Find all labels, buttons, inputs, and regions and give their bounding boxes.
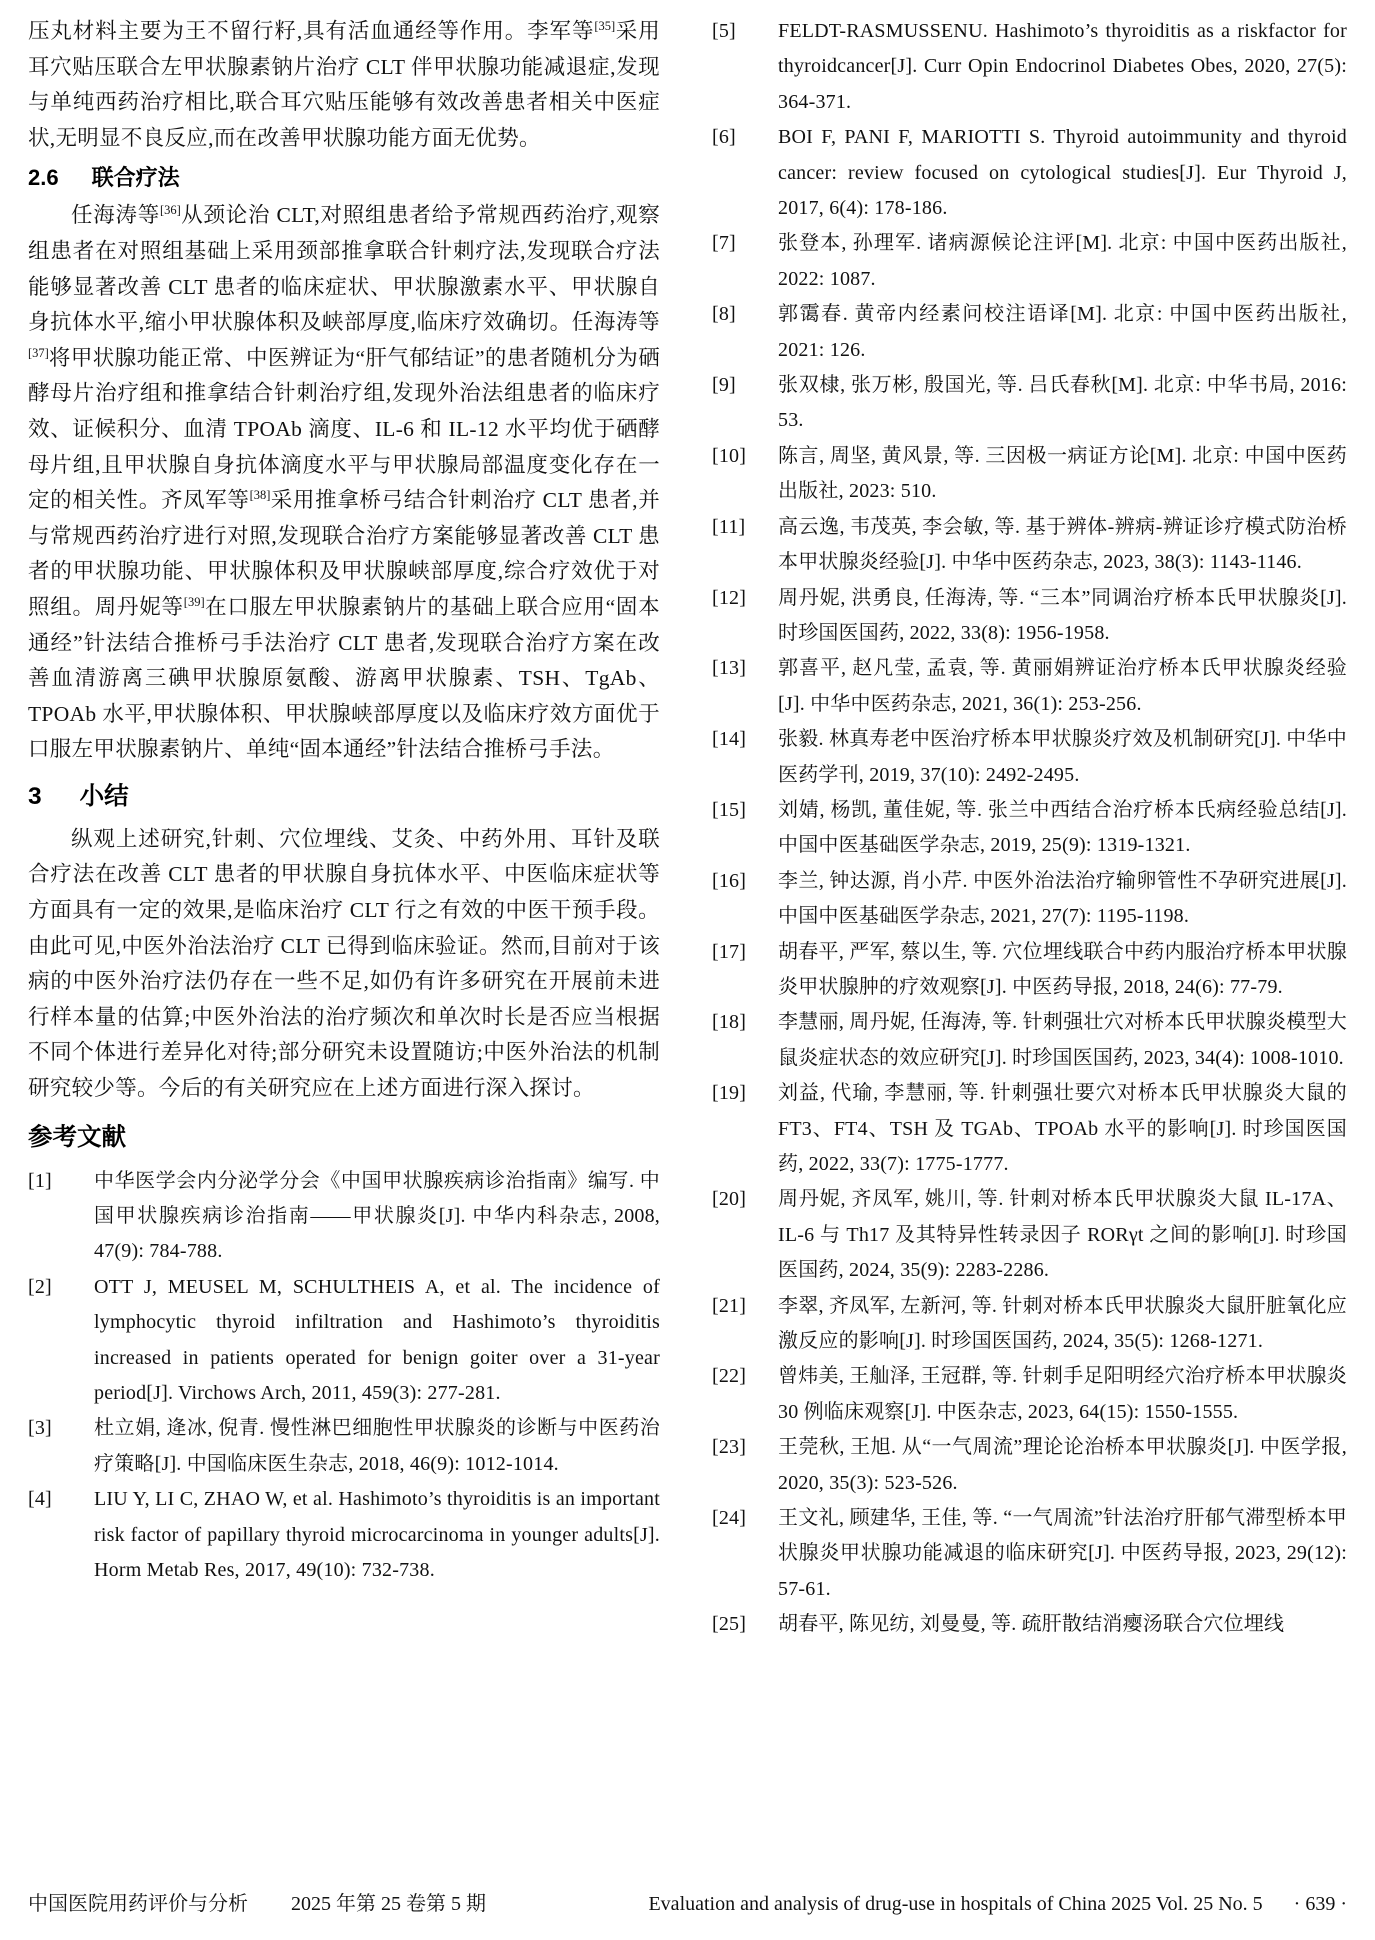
reference-item: [20]周丹妮, 齐凤军, 姚川, 等. 针刺对桥本氏甲状腺炎大鼠 IL-17A… — [712, 1182, 1347, 1288]
reference-text: 郭霭春. 黄帝内经素问校注语译[M]. 北京: 中国中医药出版社, 2021: … — [778, 303, 1347, 360]
reference-text: 周丹妮, 洪勇良, 任海涛, 等. “三本”同调治疗桥本氏甲状腺炎[J]. 时珍… — [778, 587, 1347, 644]
reference-number: [2] — [28, 1270, 52, 1305]
footer-page-number: · 639 · — [1294, 1893, 1347, 1915]
reference-text: LIU Y, LI C, ZHAO W, et al. Hashimoto’s … — [94, 1488, 660, 1581]
section-title: 联合疗法 — [92, 165, 180, 190]
section-number: 3 — [28, 780, 42, 813]
footer-journal-en: Evaluation and analysis of drug-use in h… — [648, 1893, 1262, 1915]
reference-text: 李兰, 钟达源, 肖小芹. 中医外治法治疗输卵管性不孕研究进展[J]. 中国中医… — [778, 870, 1347, 927]
reference-item: [25]胡春平, 陈见纺, 刘曼曼, 等. 疏肝散结消瘿汤联合穴位埋线 — [712, 1607, 1347, 1642]
reference-number: [3] — [28, 1411, 52, 1446]
left-column: 压丸材料主要为王不留行籽,具有活血通经等作用。李军等[35]采用耳穴贴压联合左甲… — [28, 14, 660, 1643]
citation-superscript: [36] — [160, 203, 181, 217]
reference-text: 张毅. 林真寿老中医治疗桥本甲状腺炎疗效及机制研究[J]. 中华中医药学刊, 2… — [778, 728, 1347, 785]
reference-number: [12] — [712, 581, 746, 616]
section-heading-3: 3小结 — [28, 780, 660, 813]
reference-item: [24]王文礼, 顾建华, 王佳, 等. “一气周流”针法治疗肝郁气滞型桥本甲状… — [712, 1501, 1347, 1607]
reference-text: 刘婧, 杨凯, 董佳妮, 等. 张兰中西结合治疗桥本氏病经验总结[J]. 中国中… — [778, 799, 1347, 856]
reference-text: 陈言, 周坚, 黄风景, 等. 三因极一病证方论[M]. 北京: 中国中医药出版… — [778, 445, 1347, 502]
footer-left: 中国医院用药评价与分析 2025 年第 25 卷第 5 期 — [28, 1890, 486, 1918]
reference-item: [8]郭霭春. 黄帝内经素问校注语译[M]. 北京: 中国中医药出版社, 202… — [712, 297, 1347, 368]
reference-number: [10] — [712, 439, 746, 474]
reference-item: [21]李翠, 齐凤军, 左新河, 等. 针刺对桥本氏甲状腺炎大鼠肝脏氧化应激反… — [712, 1289, 1347, 1360]
citation-superscript: [39] — [184, 595, 205, 609]
reference-number: [17] — [712, 935, 746, 970]
reference-number: [19] — [712, 1076, 746, 1111]
reference-text: OTT J, MEUSEL M, SCHULTHEIS A, et al. Th… — [94, 1276, 660, 1404]
page: 压丸材料主要为王不留行籽,具有活血通经等作用。李军等[35]采用耳穴贴压联合左甲… — [0, 0, 1375, 1940]
reference-text: 曾炜美, 王舢泽, 王冠群, 等. 针刺手足阳明经穴治疗桥本甲状腺炎 30 例临… — [778, 1365, 1347, 1422]
reference-number: [16] — [712, 864, 746, 899]
reference-text: 张双棣, 张万彬, 殷国光, 等. 吕氏春秋[M]. 北京: 中华书局, 201… — [778, 374, 1347, 431]
reference-number: [1] — [28, 1164, 52, 1199]
reference-item: [1]中华医学会内分泌学分会《中国甲状腺疾病诊治指南》编写. 中国甲状腺疾病诊治… — [28, 1164, 660, 1270]
reference-item: [17]胡春平, 严军, 蔡以生, 等. 穴位埋线联合中药内服治疗桥本甲状腺炎甲… — [712, 935, 1347, 1006]
reference-text: FELDT-RASMUSSENU. Hashimoto’s thyroiditi… — [778, 20, 1347, 113]
reference-item: [4]LIU Y, LI C, ZHAO W, et al. Hashimoto… — [28, 1482, 660, 1588]
reference-item: [7]张登本, 孙理军. 诸病源候论注评[M]. 北京: 中国中医药出版社, 2… — [712, 226, 1347, 297]
reference-item: [18]李慧丽, 周丹妮, 任海涛, 等. 针刺强壮穴对桥本氏甲状腺炎模型大鼠炎… — [712, 1005, 1347, 1076]
reference-item: [23]王莞秋, 王旭. 从“一气周流”理论论治桥本甲状腺炎[J]. 中医学报,… — [712, 1430, 1347, 1501]
reference-number: [8] — [712, 297, 736, 332]
reference-number: [20] — [712, 1182, 746, 1217]
reference-number: [18] — [712, 1005, 746, 1040]
references-list-right: [5]FELDT-RASMUSSENU. Hashimoto’s thyroid… — [712, 14, 1347, 1643]
reference-number: [15] — [712, 793, 746, 828]
reference-text: 中华医学会内分泌学分会《中国甲状腺疾病诊治指南》编写. 中国甲状腺疾病诊治指南—… — [94, 1170, 660, 1263]
reference-item: [19]刘益, 代瑜, 李慧丽, 等. 针刺强壮要穴对桥本氏甲状腺炎大鼠的 FT… — [712, 1076, 1347, 1182]
reference-number: [23] — [712, 1430, 746, 1465]
reference-item: [10]陈言, 周坚, 黄风景, 等. 三因极一病证方论[M]. 北京: 中国中… — [712, 439, 1347, 510]
reference-text: 郭喜平, 赵凡莹, 孟袁, 等. 黄丽娟辨证治疗桥本氏甲状腺炎经验[J]. 中华… — [778, 657, 1347, 714]
reference-item: [3]杜立娟, 逄冰, 倪青. 慢性淋巴细胞性甲状腺炎的诊断与中医药治疗策略[J… — [28, 1411, 660, 1482]
reference-number: [25] — [712, 1607, 746, 1642]
reference-text: 刘益, 代瑜, 李慧丽, 等. 针刺强壮要穴对桥本氏甲状腺炎大鼠的 FT3、FT… — [778, 1082, 1347, 1175]
reference-text: 张登本, 孙理军. 诸病源候论注评[M]. 北京: 中国中医药出版社, 2022… — [778, 232, 1347, 289]
reference-item: [2]OTT J, MEUSEL M, SCHULTHEIS A, et al.… — [28, 1270, 660, 1412]
reference-item: [12]周丹妮, 洪勇良, 任海涛, 等. “三本”同调治疗桥本氏甲状腺炎[J]… — [712, 581, 1347, 652]
section-title: 小结 — [80, 783, 129, 810]
reference-number: [5] — [712, 14, 736, 49]
reference-number: [24] — [712, 1501, 746, 1536]
reference-number: [6] — [712, 120, 736, 155]
references-list-left: [1]中华医学会内分泌学分会《中国甲状腺疾病诊治指南》编写. 中国甲状腺疾病诊治… — [28, 1164, 660, 1589]
reference-text: 王莞秋, 王旭. 从“一气周流”理论论治桥本甲状腺炎[J]. 中医学报, 202… — [778, 1436, 1347, 1493]
continued-paragraph: 压丸材料主要为王不留行籽,具有活血通经等作用。李军等[35]采用耳穴贴压联合左甲… — [28, 14, 660, 156]
reference-number: [7] — [712, 226, 736, 261]
reference-text: BOI F, PANI F, MARIOTTI S. Thyroid autoi… — [778, 126, 1347, 219]
reference-number: [22] — [712, 1359, 746, 1394]
reference-text: 胡春平, 严军, 蔡以生, 等. 穴位埋线联合中药内服治疗桥本甲状腺炎甲状腺肿的… — [778, 941, 1347, 998]
section-3-paragraph: 纵观上述研究,针刺、穴位埋线、艾灸、中药外用、耳针及联合疗法在改善 CLT 患者… — [28, 822, 660, 1107]
reference-number: [9] — [712, 368, 736, 403]
reference-item: [15]刘婧, 杨凯, 董佳妮, 等. 张兰中西结合治疗桥本氏病经验总结[J].… — [712, 793, 1347, 864]
right-column: [5]FELDT-RASMUSSENU. Hashimoto’s thyroid… — [712, 14, 1347, 1643]
reference-number: [14] — [712, 722, 746, 757]
reference-number: [4] — [28, 1482, 52, 1517]
reference-item: [6]BOI F, PANI F, MARIOTTI S. Thyroid au… — [712, 120, 1347, 226]
reference-text: 杜立娟, 逄冰, 倪青. 慢性淋巴细胞性甲状腺炎的诊断与中医药治疗策略[J]. … — [94, 1417, 660, 1474]
citation-superscript: [37] — [28, 346, 49, 360]
reference-item: [22]曾炜美, 王舢泽, 王冠群, 等. 针刺手足阳明经穴治疗桥本甲状腺炎 3… — [712, 1359, 1347, 1430]
section-2-6-paragraph: 任海涛等[36]从颈论治 CLT,对照组患者给予常规西药治疗,观察组患者在对照组… — [28, 198, 660, 768]
reference-number: [11] — [712, 510, 745, 545]
reference-text: 高云逸, 韦茂英, 李会敏, 等. 基于辨体-辨病-辨证诊疗模式防治桥本甲状腺炎… — [778, 516, 1347, 573]
citation-superscript: [38] — [250, 488, 271, 502]
reference-text: 胡春平, 陈见纺, 刘曼曼, 等. 疏肝散结消瘿汤联合穴位埋线 — [778, 1613, 1284, 1635]
footer-right: Evaluation and analysis of drug-use in h… — [648, 1890, 1347, 1918]
references-heading: 参考文献 — [28, 1121, 660, 1154]
reference-text: 李慧丽, 周丹妮, 任海涛, 等. 针刺强壮穴对桥本氏甲状腺炎模型大鼠炎症状态的… — [778, 1011, 1347, 1068]
footer-journal-cn: 中国医院用药评价与分析 — [28, 1893, 248, 1915]
two-column-layout: 压丸材料主要为王不留行籽,具有活血通经等作用。李军等[35]采用耳穴贴压联合左甲… — [28, 14, 1347, 1643]
reference-item: [9]张双棣, 张万彬, 殷国光, 等. 吕氏春秋[M]. 北京: 中华书局, … — [712, 368, 1347, 439]
reference-text: 王文礼, 顾建华, 王佳, 等. “一气周流”针法治疗肝郁气滞型桥本甲状腺炎甲状… — [778, 1507, 1347, 1600]
reference-text: 周丹妮, 齐凤军, 姚川, 等. 针刺对桥本氏甲状腺炎大鼠 IL-17A、IL-… — [778, 1188, 1347, 1281]
reference-item: [16]李兰, 钟达源, 肖小芹. 中医外治法治疗输卵管性不孕研究进展[J]. … — [712, 864, 1347, 935]
footer: 中国医院用药评价与分析 2025 年第 25 卷第 5 期 Evaluation… — [28, 1890, 1347, 1918]
reference-item: [5]FELDT-RASMUSSENU. Hashimoto’s thyroid… — [712, 14, 1347, 120]
reference-number: [21] — [712, 1289, 746, 1324]
reference-item: [11]高云逸, 韦茂英, 李会敏, 等. 基于辨体-辨病-辨证诊疗模式防治桥本… — [712, 510, 1347, 581]
section-number: 2.6 — [28, 163, 59, 193]
reference-text: 李翠, 齐凤军, 左新河, 等. 针刺对桥本氏甲状腺炎大鼠肝脏氧化应激反应的影响… — [778, 1295, 1347, 1352]
reference-number: [13] — [712, 651, 746, 686]
section-heading-2-6: 2.6联合疗法 — [28, 163, 660, 193]
reference-item: [14]张毅. 林真寿老中医治疗桥本甲状腺炎疗效及机制研究[J]. 中华中医药学… — [712, 722, 1347, 793]
footer-issue-cn: 2025 年第 25 卷第 5 期 — [291, 1893, 486, 1915]
citation-superscript: [35] — [594, 19, 615, 33]
reference-item: [13]郭喜平, 赵凡莹, 孟袁, 等. 黄丽娟辨证治疗桥本氏甲状腺炎经验[J]… — [712, 651, 1347, 722]
